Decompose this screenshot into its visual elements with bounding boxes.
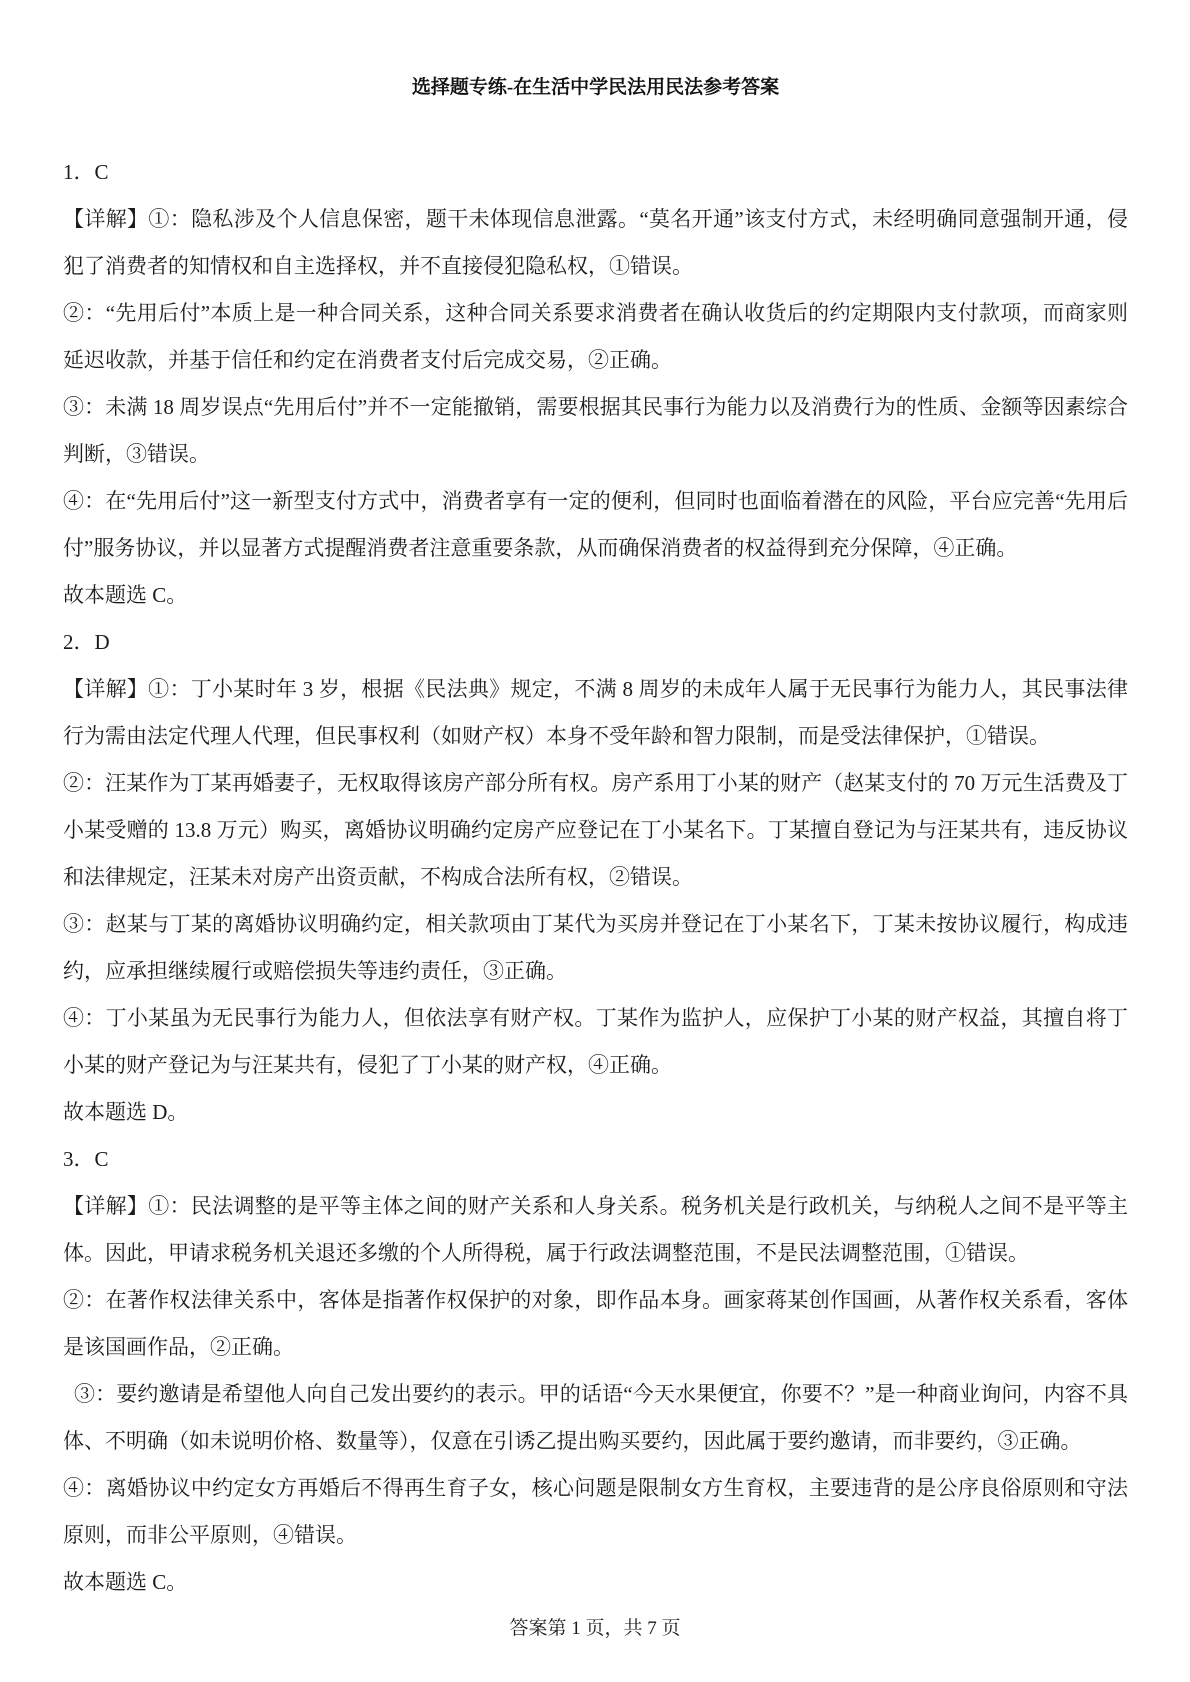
answer-block-3: 3．C 【详解】①：民法调整的是平等主体之间的财产关系和人身关系。税务机关是行政…	[63, 1136, 1128, 1606]
answer-paragraph: 【详解】①：民法调整的是平等主体之间的财产关系和人身关系。税务机关是行政机关，与…	[63, 1183, 1128, 1277]
answer-paragraph: 【详解】①：丁小某时年 3 岁，根据《民法典》规定，不满 8 周岁的未成年人属于…	[63, 666, 1128, 760]
page-footer: 答案第 1 页，共 7 页	[0, 1613, 1190, 1640]
answer-block-2: 2．D 【详解】①：丁小某时年 3 岁，根据《民法典》规定，不满 8 周岁的未成…	[63, 619, 1128, 1136]
answer-number: 3．C	[63, 1136, 1128, 1183]
answer-paragraph: ②：汪某作为丁某再婚妻子，无权取得该房产部分所有权。房产系用丁小某的财产（赵某支…	[63, 760, 1128, 901]
answer-paragraph: ③：赵某与丁某的离婚协议明确约定，相关款项由丁某代为买房并登记在丁小某名下，丁某…	[63, 901, 1128, 995]
answer-paragraph: ②：“先用后付”本质上是一种合同关系，这种合同关系要求消费者在确认收货后的约定期…	[63, 290, 1128, 384]
answer-paragraph: 【详解】①：隐私涉及个人信息保密，题干未体现信息泄露。“莫名开通”该支付方式，未…	[63, 196, 1128, 290]
answer-number: 2．D	[63, 619, 1128, 666]
answer-paragraph: ④：离婚协议中约定女方再婚后不得再生育子女，核心问题是限制女方生育权，主要违背的…	[63, 1465, 1128, 1559]
answer-paragraph: ③：要约邀请是希望他人向自己发出要约的表示。甲的话语“今天水果便宜，你要不？”是…	[63, 1371, 1128, 1465]
answer-paragraph: ②：在著作权法律关系中，客体是指著作权保护的对象，即作品本身。画家蒋某创作国画，…	[63, 1277, 1128, 1371]
answer-document-page: 选择题专练-在生活中学民法用民法参考答案 1．C 【详解】①：隐私涉及个人信息保…	[0, 0, 1190, 1682]
answer-paragraph: ③：未满 18 周岁误点“先用后付”并不一定能撤销，需要根据其民事行为能力以及消…	[63, 384, 1128, 478]
answer-paragraph: ④：在“先用后付”这一新型支付方式中，消费者享有一定的便利，但同时也面临着潜在的…	[63, 478, 1128, 572]
answer-paragraph: ④：丁小某虽为无民事行为能力人，但依法享有财产权。丁某作为监护人，应保护丁小某的…	[63, 995, 1128, 1089]
answer-block-1: 1．C 【详解】①：隐私涉及个人信息保密，题干未体现信息泄露。“莫名开通”该支付…	[63, 149, 1128, 619]
answer-conclusion: 故本题选 C。	[63, 1559, 1128, 1606]
answer-conclusion: 故本题选 C。	[63, 572, 1128, 619]
answer-number: 1．C	[63, 149, 1128, 196]
answer-conclusion: 故本题选 D。	[63, 1089, 1128, 1136]
page-title: 选择题专练-在生活中学民法用民法参考答案	[63, 72, 1128, 99]
